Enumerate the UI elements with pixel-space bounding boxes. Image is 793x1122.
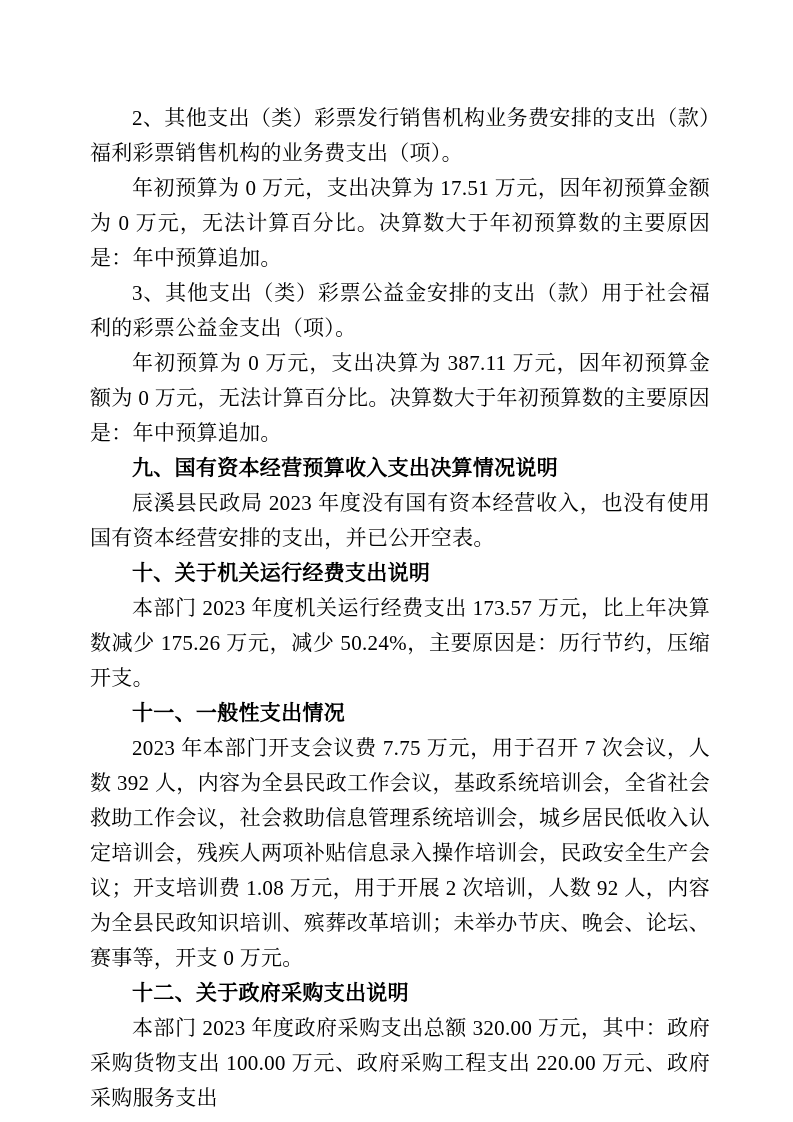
heading-section-9-state-capital-budget: 九、国有资本经营预算收入支出决算情况说明	[90, 451, 710, 486]
document-page: 2、其他支出（类）彩票发行销售机构业务费安排的支出（款）福利彩票销售机构的业务费…	[0, 0, 793, 1122]
para-section-11-explanation: 2023 年本部门开支会议费 7.75 万元，用于召开 7 次会议，人数 392…	[90, 731, 710, 976]
para-item3-lottery-public-welfare-fund: 3、其他支出（类）彩票公益金安排的支出（款）用于社会福利的彩票公益金支出（项）。	[90, 276, 710, 346]
para-item3-budget-vs-final-figures: 年初预算为 0 万元，支出决算为 387.11 万元，因年初预算金额为 0 万元…	[90, 346, 710, 451]
document-content: 2、其他支出（类）彩票发行销售机构业务费安排的支出（款）福利彩票销售机构的业务费…	[90, 101, 710, 1116]
para-section-12-explanation: 本部门 2023 年度政府采购支出总额 320.00 万元，其中：政府采购货物支…	[90, 1011, 710, 1116]
para-item2-lottery-sales-agency-expenditure: 2、其他支出（类）彩票发行销售机构业务费安排的支出（款）福利彩票销售机构的业务费…	[90, 101, 710, 171]
para-section-9-explanation: 辰溪县民政局 2023 年度没有国有资本经营收入，也没有使用国有资本经营安排的支…	[90, 486, 710, 556]
heading-section-11-general-expenditure: 十一、一般性支出情况	[90, 696, 710, 731]
heading-section-12-government-procurement: 十二、关于政府采购支出说明	[90, 976, 710, 1011]
para-section-10-explanation: 本部门 2023 年度机关运行经费支出 173.57 万元，比上年决算数减少 1…	[90, 591, 710, 696]
heading-section-10-operating-expenses: 十、关于机关运行经费支出说明	[90, 556, 710, 591]
para-item2-budget-vs-final-figures: 年初预算为 0 万元，支出决算为 17.51 万元，因年初预算金额为 0 万元，…	[90, 171, 710, 276]
